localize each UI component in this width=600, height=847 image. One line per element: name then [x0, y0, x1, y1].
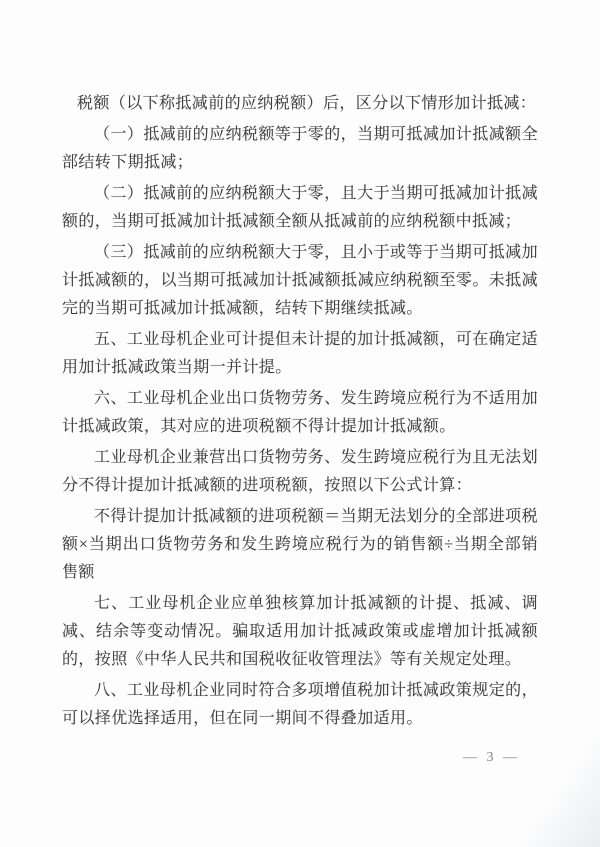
- paragraph-list-item-3: （三）抵减前的应纳税额大于零，且小于或等于当期可抵减加计抵减额的，以当期可抵减加…: [62, 239, 538, 323]
- scan-corner-artifact: [500, 717, 600, 847]
- paragraph-continuation: 税额（以下称抵减前的应纳税额）后，区分以下情形加计抵减：: [62, 90, 538, 118]
- paragraph-body: 工业母机企业兼营出口货物劳务、发生跨境应税行为且无法划分不得计提加计抵减额的进项…: [62, 444, 538, 500]
- paragraph-list-item-2: （二）抵减前的应纳税额大于零，且大于当期可抵减加计抵减额的，当期可抵减加计抵减额…: [62, 180, 538, 236]
- paragraph-article-6: 六、工业母机企业出口货物劳务、发生跨境应税行为不适用加计抵减政策，其对应的进项税…: [62, 385, 538, 441]
- paragraph-list-item-1: （一）抵减前的应纳税额等于零的，当期可抵减加计抵减额全部结转下期抵减；: [62, 121, 538, 177]
- document-page: 税额（以下称抵减前的应纳税额）后，区分以下情形加计抵减： （一）抵减前的应纳税额…: [0, 0, 600, 847]
- paragraph-formula: 不得计提加计抵减额的进项税额＝当期无法划分的全部进项税额×当期出口货物劳务和发生…: [62, 503, 538, 587]
- paragraph-article-7: 七、工业母机企业应单独核算加计抵减额的计提、抵减、调减、结余等变动情况。骗取适用…: [62, 590, 538, 674]
- scanned-document: { "page": { "background_color": "#fdfdfd…: [0, 0, 600, 847]
- page-number: — 3 —: [463, 750, 520, 766]
- paragraph-article-5: 五、工业母机企业可计提但未计提的加计抵减额，可在确定适用加计抵减政策当期一并计提…: [62, 326, 538, 382]
- document-body: 税额（以下称抵减前的应纳税额）后，区分以下情形加计抵减： （一）抵减前的应纳税额…: [62, 90, 538, 736]
- paragraph-article-8: 八、工业母机企业同时符合多项增值税加计抵减政策规定的，可以择优选择适用，但在同一…: [62, 677, 538, 733]
